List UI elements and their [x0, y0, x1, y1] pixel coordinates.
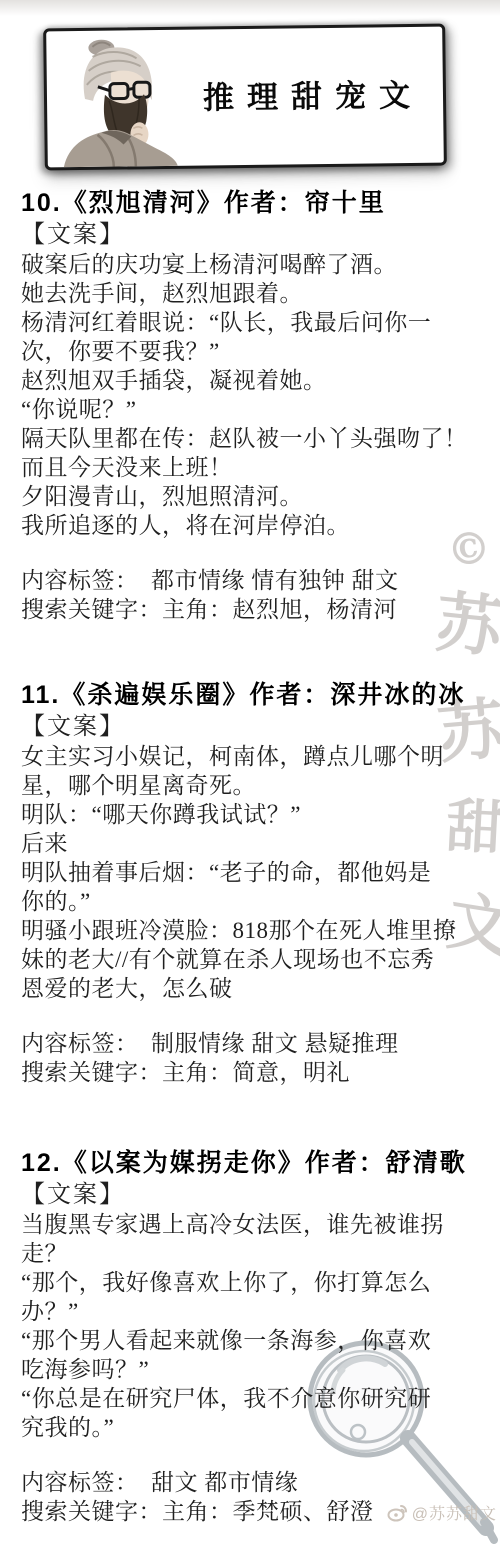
synopsis-line: 破案后的庆功宴上杨清河喝醉了酒。	[21, 250, 491, 279]
book-title: 12.《以案为媒拐走你》作者：舒清歌	[21, 1146, 491, 1180]
book-entry-10: 10.《烈旭清河》作者：帘十里 【文案】 破案后的庆功宴上杨清河喝醉了酒。 她去…	[21, 186, 491, 624]
synopsis-line: 杨清河红着眼说：“队长，我最后问你一	[21, 308, 491, 337]
synopsis-line: 隔天队里都在传：赵队被一小丫头强吻了！	[21, 424, 491, 453]
synopsis-line: 赵烈旭双手插袋，凝视着她。	[21, 366, 491, 395]
synopsis-line: 夕阳漫青山，烈旭照清河。	[21, 482, 491, 511]
weibo-handle: @苏苏甜文	[412, 1501, 497, 1524]
synopsis-line: 明队：“哪天你蹲我试试？”	[21, 800, 491, 829]
synopsis-line: 明队抽着事后烟：“老子的命，都他妈是	[21, 858, 491, 887]
synopsis-line: 次，你要不要我？”	[21, 337, 491, 366]
page: © 苏 苏 甜 文	[0, 0, 500, 1550]
synopsis-line: 当腹黑专家遇上高冷女法医，谁先被谁拐	[21, 1210, 491, 1239]
book-entry-12: 12.《以案为媒拐走你》作者：舒清歌 【文案】 当腹黑专家遇上高冷女法医，谁先被…	[21, 1146, 491, 1526]
content-tags: 内容标签： 甜文 都市情缘	[21, 1468, 491, 1497]
section-label: 【文案】	[21, 712, 491, 742]
book-entry-11: 11.《杀遍娱乐圈》作者：深井冰的冰 【文案】 女主实习小娱记，柯南体，蹲点儿哪…	[21, 678, 491, 1087]
book-title: 10.《烈旭清河》作者：帘十里	[21, 186, 491, 220]
synopsis-line: 我所追逐的人，将在河岸停泊。	[21, 511, 491, 540]
synopsis-line: “那个，我好像喜欢上你了，你打算怎么	[21, 1268, 491, 1297]
search-keywords: 搜索关键字：主角：赵烈旭，杨清河	[21, 595, 491, 624]
book-title: 11.《杀遍娱乐圈》作者：深井冰的冰	[21, 678, 491, 712]
synopsis-line: 星，哪个明星离奇死。	[21, 771, 491, 800]
weibo-credit: @苏苏甜文	[387, 1501, 497, 1524]
section-label: 【文案】	[21, 220, 491, 250]
search-keywords: 搜索关键字：主角：简意，明礼	[21, 1058, 491, 1087]
section-label: 【文案】	[21, 1180, 491, 1210]
synopsis-line: 她去洗手间，赵烈旭跟着。	[21, 279, 491, 308]
synopsis-line: 妹的老大//有个就算在杀人现场也不忘秀	[21, 945, 491, 974]
bearded-man-illustration	[52, 36, 188, 168]
synopsis-line: 究我的。”	[21, 1413, 491, 1442]
synopsis-line: 而且今天没来上班！	[21, 453, 491, 482]
page-title: 推理甜宠文	[187, 69, 444, 123]
synopsis-line: 明骚小跟班冷漠脸：818那个在死人堆里撩	[21, 916, 491, 945]
synopsis-line: 办？”	[21, 1297, 491, 1326]
synopsis-line: “你总是在研究尸体，我不介意你研究研	[21, 1384, 491, 1413]
synopsis-line: 女主实习小娱记，柯南体，蹲点儿哪个明	[21, 742, 491, 771]
synopsis-line: “你说呢？”	[21, 395, 491, 424]
synopsis-line: 恩爱的老大，怎么破	[21, 974, 491, 1003]
synopsis-line: “那个男人看起来就像一条海参，你喜欢	[21, 1326, 491, 1355]
weibo-icon	[387, 1503, 408, 1522]
synopsis-line: 后来	[21, 829, 491, 858]
synopsis-line: 走？	[21, 1239, 491, 1268]
synopsis-line: 吃海参吗？”	[21, 1355, 491, 1384]
header-card: 推理甜宠文	[43, 24, 447, 171]
content-tags: 内容标签： 制服情缘 甜文 悬疑推理	[21, 1029, 491, 1058]
content-tags: 内容标签： 都市情缘 情有独钟 甜文	[21, 566, 491, 595]
synopsis-line: 你的。”	[21, 887, 491, 916]
